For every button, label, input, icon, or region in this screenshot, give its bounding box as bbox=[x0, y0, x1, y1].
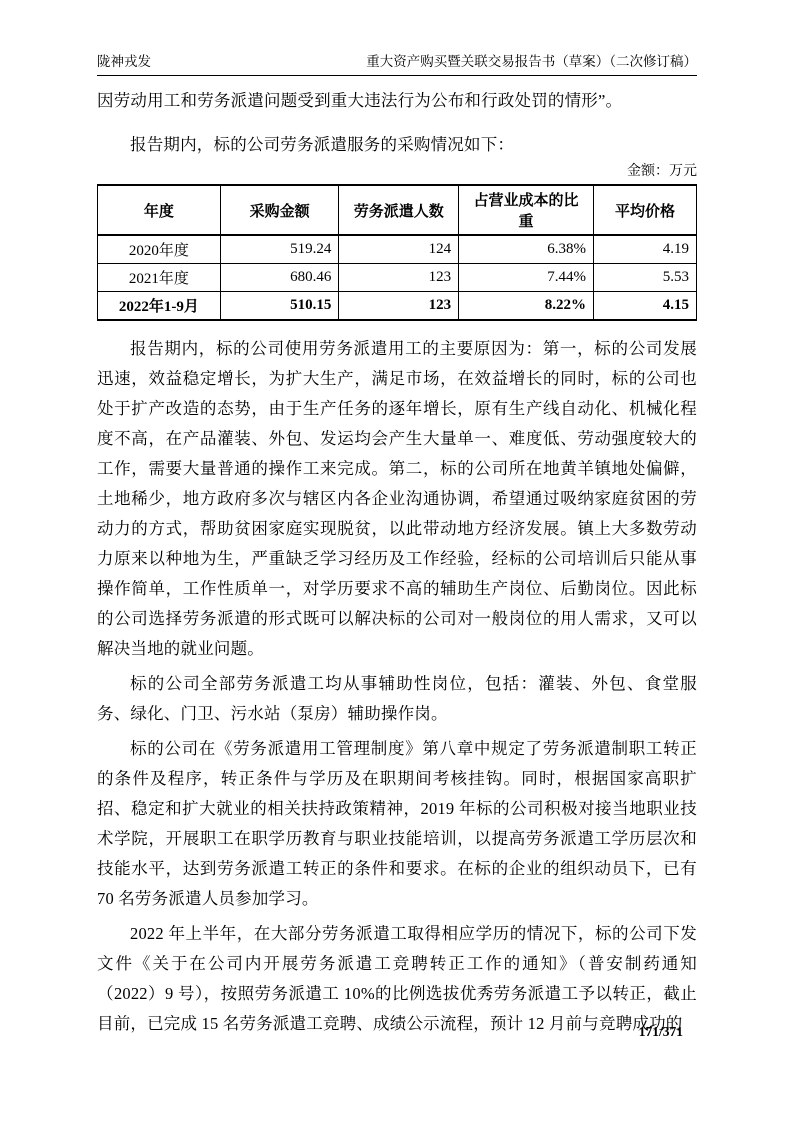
paragraph-continuation: 因劳动用工和劳务派遣问题受到重大违法行为公布和行政处罚的情形”。 bbox=[97, 86, 697, 116]
cell-dispatch-headcount: 124 bbox=[339, 235, 459, 264]
table-row: 2022年1-9月 510.15 123 8.22% 4.15 bbox=[98, 292, 697, 321]
table-row: 2021年度 680.46 123 7.44% 5.53 bbox=[98, 264, 697, 292]
cell-dispatch-headcount: 123 bbox=[339, 292, 459, 321]
header-company-name: 陇神戎发 bbox=[97, 50, 151, 70]
cell-purchase-amount: 519.24 bbox=[220, 235, 339, 264]
cell-average-price: 5.53 bbox=[593, 264, 696, 292]
cell-purchase-amount: 680.46 bbox=[220, 264, 339, 292]
table-header-row: 年度 采购金额 劳务派遣人数 占营业成本的比重 平均价格 bbox=[98, 185, 697, 235]
cell-cost-ratio: 7.44% bbox=[459, 264, 594, 292]
page-body: 因劳动用工和劳务派遣问题受到重大违法行为公布和行政处罚的情形”。 报告期内，标的… bbox=[97, 86, 697, 1039]
table-unit-note: 金额：万元 bbox=[97, 163, 697, 181]
cell-cost-ratio: 6.38% bbox=[459, 235, 594, 264]
cell-year: 2022年1-9月 bbox=[98, 292, 221, 321]
cell-average-price: 4.15 bbox=[593, 292, 696, 321]
document-page: 陇神戎发 重大资产购买暨关联交易报告书（草案）（二次修订稿） 因劳动用工和劳务派… bbox=[0, 0, 793, 1122]
cell-year: 2021年度 bbox=[98, 264, 221, 292]
cell-average-price: 4.19 bbox=[593, 235, 696, 264]
col-header-dispatch-headcount: 劳务派遣人数 bbox=[339, 185, 459, 235]
page-header: 陇神戎发 重大资产购买暨关联交易报告书（草案）（二次修订稿） bbox=[97, 50, 697, 76]
cell-year: 2020年度 bbox=[98, 235, 221, 264]
cell-cost-ratio: 8.22% bbox=[459, 292, 594, 321]
cell-dispatch-headcount: 123 bbox=[339, 264, 459, 292]
col-header-year: 年度 bbox=[98, 185, 221, 235]
page-number: 171/371 bbox=[639, 1024, 683, 1040]
paragraph-regularization-policy: 标的公司在《劳务派遣用工管理制度》第八章中规定了劳务派遣制职工转正的条件及程序，… bbox=[97, 734, 697, 914]
paragraph-auxiliary-positions: 标的公司全部劳务派遣工均从事辅助性岗位，包括：灌装、外包、食堂服务、绿化、门卫、… bbox=[97, 669, 697, 729]
paragraph-dispatch-reasons: 报告期内，标的公司使用劳务派遣用工的主要原因为：第一，标的公司发展迅速，效益稳定… bbox=[97, 334, 697, 664]
paragraph-lead-in: 报告期内，标的公司劳务派遣服务的采购情况如下： bbox=[97, 130, 697, 160]
paragraph-2022-notice: 2022 年上半年，在大部分劳务派遣工取得相应学历的情况下，标的公司下发文件《关… bbox=[97, 919, 697, 1039]
col-header-average-price: 平均价格 bbox=[593, 185, 696, 235]
header-document-title: 重大资产购买暨关联交易报告书（草案）（二次修订稿） bbox=[366, 50, 697, 70]
col-header-purchase-amount: 采购金额 bbox=[220, 185, 339, 235]
labor-dispatch-procurement-table: 年度 采购金额 劳务派遣人数 占营业成本的比重 平均价格 2020年度 519.… bbox=[97, 184, 697, 321]
cell-purchase-amount: 510.15 bbox=[220, 292, 339, 321]
col-header-cost-ratio: 占营业成本的比重 bbox=[459, 185, 594, 235]
table-row: 2020年度 519.24 124 6.38% 4.19 bbox=[98, 235, 697, 264]
